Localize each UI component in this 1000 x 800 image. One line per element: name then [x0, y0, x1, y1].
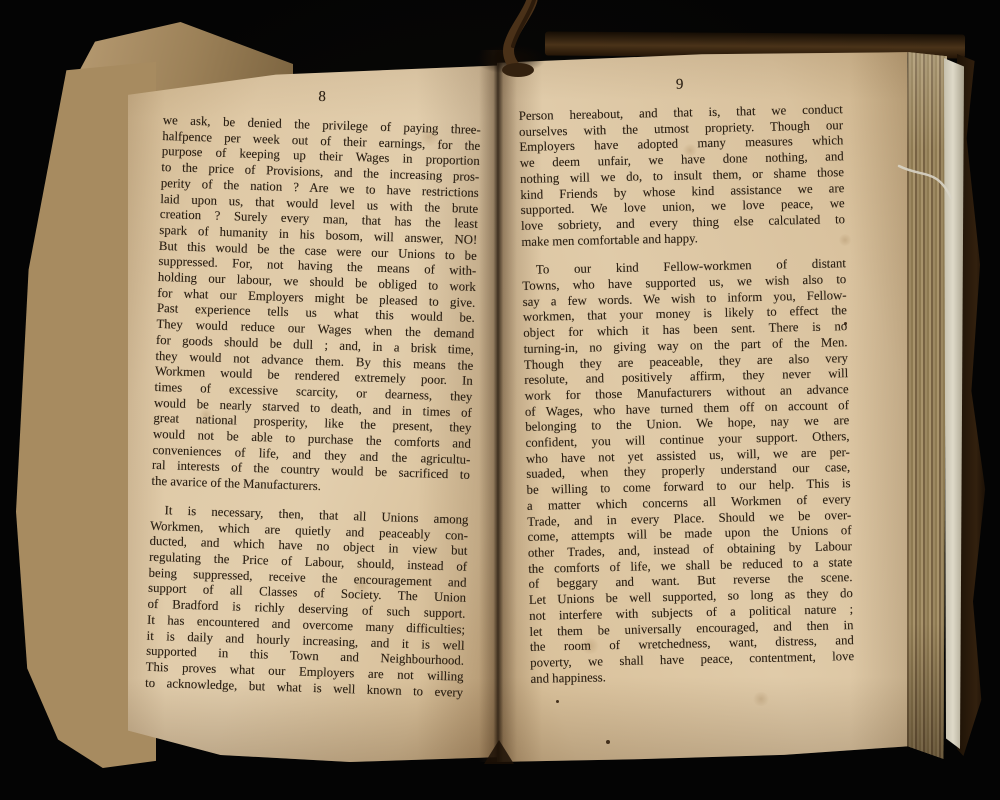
ink-speck [556, 700, 559, 703]
ink-speck [606, 740, 610, 744]
loose-thread [893, 148, 963, 210]
book-gutter [479, 50, 517, 762]
paragraph: we ask, be denied the privilege of payin… [151, 113, 481, 500]
paragraph: Person hereabout, and that is, that we c… [519, 102, 846, 250]
paragraph: It is necessary, then, that all Unions a… [145, 503, 469, 701]
foxing-spot [752, 692, 770, 706]
book-photograph: 8 we ask, be denied the privilege of pay… [0, 0, 1000, 800]
bookmark-cord [492, 0, 562, 78]
paragraph: To our kind Fellow-workmen of distantTow… [522, 257, 855, 688]
left-page-text-block: 8 we ask, be denied the privilege of pay… [145, 84, 482, 701]
right-page-text-block: 9 Person hereabout, and that is, that we… [518, 73, 855, 687]
